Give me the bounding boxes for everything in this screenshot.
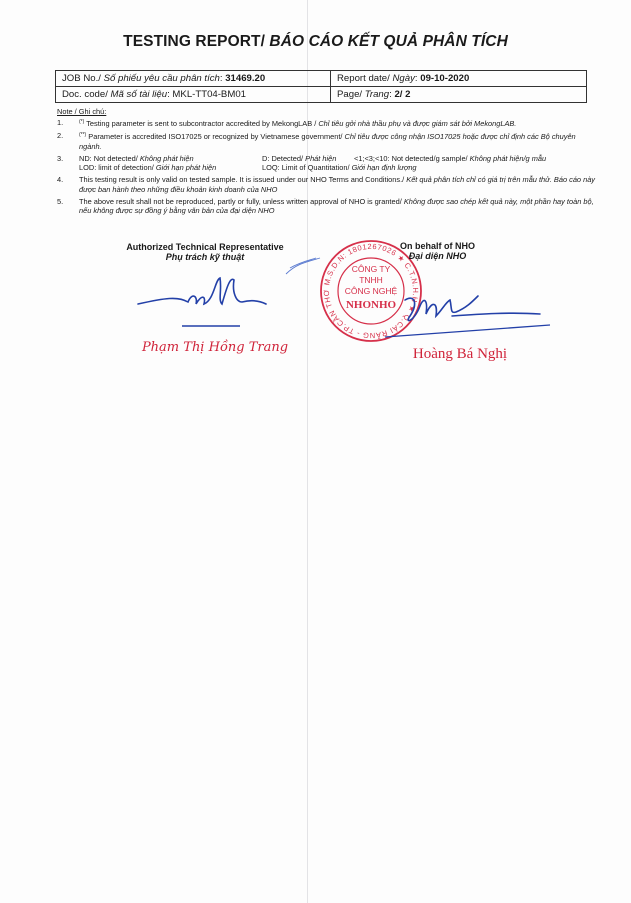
svg-text:CÔNG TY: CÔNG TY <box>352 264 391 274</box>
svg-text:TNHH: TNHH <box>359 275 383 285</box>
signature-graphics: M.S.D.N: 1801267026 ★ C.T.N.H.H ★ Q.CÁI … <box>0 0 631 903</box>
nho-rep-name: Hoàng Bá Nghị <box>395 346 525 363</box>
nho-rep-title-vi: Đại diện NHO <box>400 251 475 261</box>
right-signature-icon <box>405 296 540 321</box>
left-signature-icon <box>138 278 266 304</box>
company-stamp-icon: M.S.D.N: 1801267026 ★ C.T.N.H.H ★ Q.CÁI … <box>0 0 421 341</box>
initial-mark-icon <box>286 258 320 274</box>
technical-rep-name: Phạm Thị Hồng Trang <box>135 340 295 355</box>
svg-text:CÔNG NGHỆ: CÔNG NGHỆ <box>345 286 398 296</box>
nho-rep-title-en: On behalf of NHO <box>400 241 475 251</box>
right-signature-underline <box>385 325 550 337</box>
nho-representative-block: On behalf of NHO Đại diện NHO <box>400 241 475 261</box>
svg-text:NHONHO: NHONHO <box>346 299 397 311</box>
